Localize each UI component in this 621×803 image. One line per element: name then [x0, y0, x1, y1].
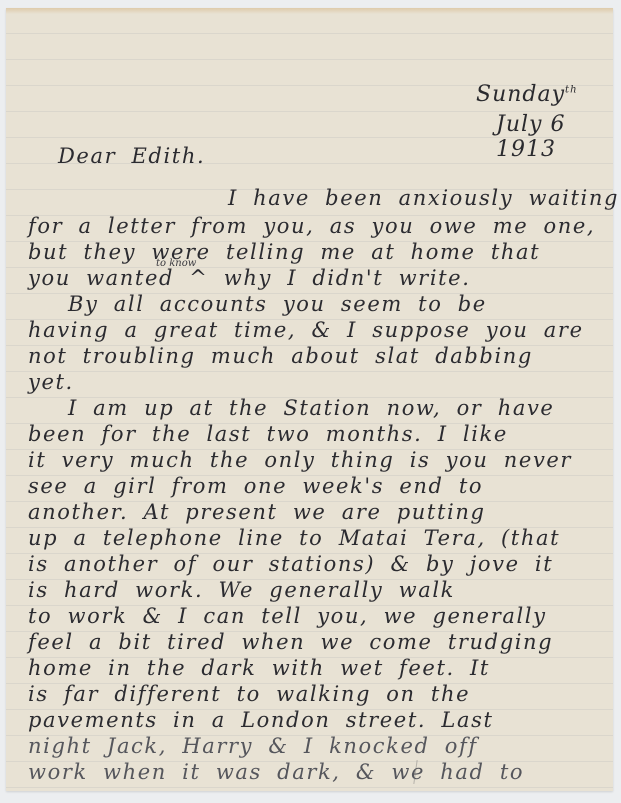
day-suffix: th	[565, 85, 577, 96]
letter-line: for a letter from you, as you owe me one…	[28, 214, 595, 238]
letter-line: feel a bit tired when we come trudging	[28, 630, 553, 654]
letter-line: is another of our stations) & by jove it	[28, 552, 553, 576]
letter-line: is far different to walking on the	[28, 682, 470, 706]
dateline-date: July 6 1913	[496, 112, 613, 162]
letter-line: I have been anxiously waiting	[228, 186, 619, 210]
letter-line: I am up at the Station now, or have	[68, 396, 554, 420]
letter-line: been for the last two months. I like	[28, 422, 508, 446]
letter-line: up a telephone line to Matai Tera, (that	[28, 526, 560, 550]
salutation: Dear Edith.	[58, 144, 205, 168]
letter-line: it very much the only thing is you never	[28, 448, 572, 472]
dateline-day: Sundayth	[476, 82, 578, 107]
day-text: Sunday	[476, 82, 565, 107]
letter-line: another. At present we are putting	[28, 500, 486, 524]
letter-line: not troubling much about slat dabbing	[28, 344, 533, 368]
letter-line: home in the dark with wet feet. It	[28, 656, 490, 680]
letter-line: night Jack, Harry & I knocked off	[28, 734, 478, 758]
letter-line: to work & I can tell you, we generally	[28, 604, 547, 628]
letter-line: is hard work. We generally walk	[28, 578, 455, 602]
letter-line: you wanted ^ why I didn't write.	[28, 266, 470, 290]
letter-line: By all accounts you seem to be	[68, 292, 487, 316]
letter-line: see a girl from one week's end to	[28, 474, 483, 498]
letter-line: but they were telling me at home that	[28, 240, 540, 264]
letter-line: yet.	[28, 370, 74, 394]
letter-line: work when it was dark, & we had to	[28, 760, 524, 784]
letter-page: Sundayth July 6 1913 Dear Edith. I have …	[6, 8, 613, 791]
letter-line: having a great time, & I suppose you are	[28, 318, 584, 342]
letter-line: pavements in a London street. Last	[28, 708, 494, 732]
